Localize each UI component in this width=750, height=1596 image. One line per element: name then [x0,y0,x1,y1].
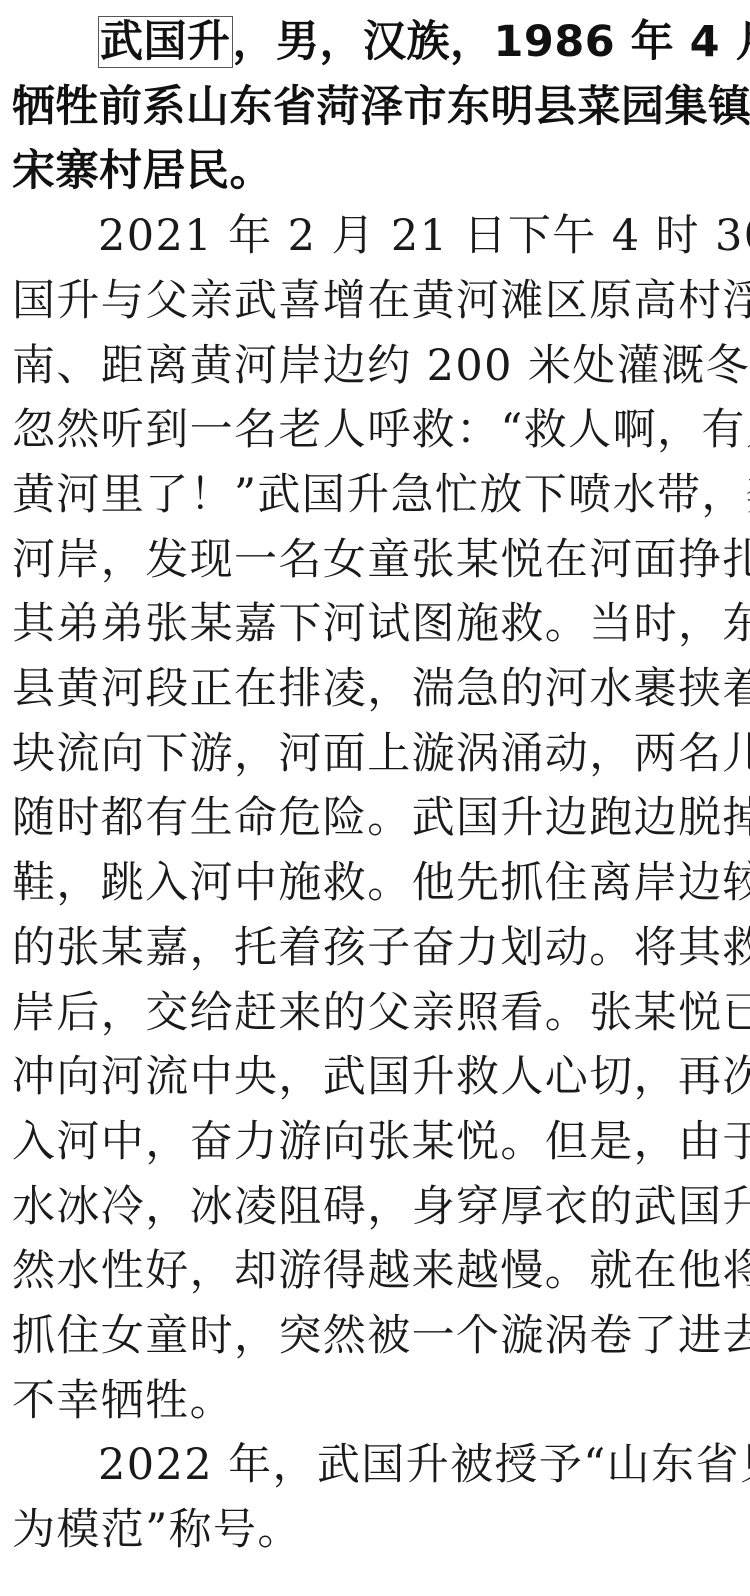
story-line: 水冰冷，冰凌阻碍，身穿厚衣的武国升虽 [12,1175,738,1240]
story-line: 南、距离黄河岸边约 200 米处灌溉冬麦时， [12,334,738,399]
honor-line: 2022 年，武国升被授予“山东省见义勇 [12,1433,738,1498]
highlighted-name[interactable]: 武国升 [98,16,233,68]
story-line: 然水性好，却游得越来越慢。就在他将要 [12,1239,738,1304]
paragraph-honor: 2022 年，武国升被授予“山东省见义勇 为模范”称号。 [12,1433,738,1562]
bio-line-3: 宋寨村居民。 [12,139,738,204]
bio-line-2: 牺牲前系山东省菏泽市东明县菜园集镇西 [12,75,738,140]
paragraph-bio: 武国升，男，汉族，1986 年 4 月生， 牺牲前系山东省菏泽市东明县菜园集镇西… [12,10,738,204]
story-line: 其弟弟张某嘉下河试图施救。当时，东明 [12,592,738,657]
story-line: 随时都有生命危险。武国升边跑边脱掉胶 [12,786,738,851]
bio-line-1: 武国升，男，汉族，1986 年 4 月生， [12,10,738,75]
bio-line-1-rest: ，男，汉族，1986 年 4 月生， [233,17,750,67]
story-line: 国升与父亲武喜增在黄河滩区原高村浮桥 [12,269,738,334]
document-page: 武国升，男，汉族，1986 年 4 月生， 牺牲前系山东省菏泽市东明县菜园集镇西… [12,10,738,1563]
story-line: 忽然听到一名老人呼救：“救人啊，有人掉 [12,398,738,463]
story-line: 黄河里了！”武国升急忙放下喷水带，奔向 [12,463,738,528]
paragraph-rescue-story: 2021 年 2 月 21 日下午 4 时 30 分，武 国升与父亲武喜增在黄河… [12,204,738,1433]
story-line: 块流向下游，河面上漩涡涌动，两名儿童 [12,722,738,787]
story-line: 2021 年 2 月 21 日下午 4 时 30 分，武 [12,204,738,269]
story-line: 抓住女童时，突然被一个漩涡卷了进去， [12,1304,738,1369]
story-line: 岸后，交给赶来的父亲照看。张某悦已被 [12,981,738,1046]
honor-line: 为模范”称号。 [12,1498,738,1563]
story-line: 的张某嘉，托着孩子奋力划动。将其救上 [12,916,738,981]
story-line: 入河中，奋力游向张某悦。但是，由于河 [12,1110,738,1175]
story-line: 冲向河流中央，武国升救人心切，再次跳 [12,1045,738,1110]
story-line: 县黄河段正在排凌，湍急的河水裹挟着冰 [12,657,738,722]
story-line: 不幸牺牲。 [12,1369,738,1434]
story-line: 鞋，跳入河中施救。他先抓住离岸边较近 [12,851,738,916]
story-line: 河岸，发现一名女童张某悦在河面挣扎， [12,528,738,593]
